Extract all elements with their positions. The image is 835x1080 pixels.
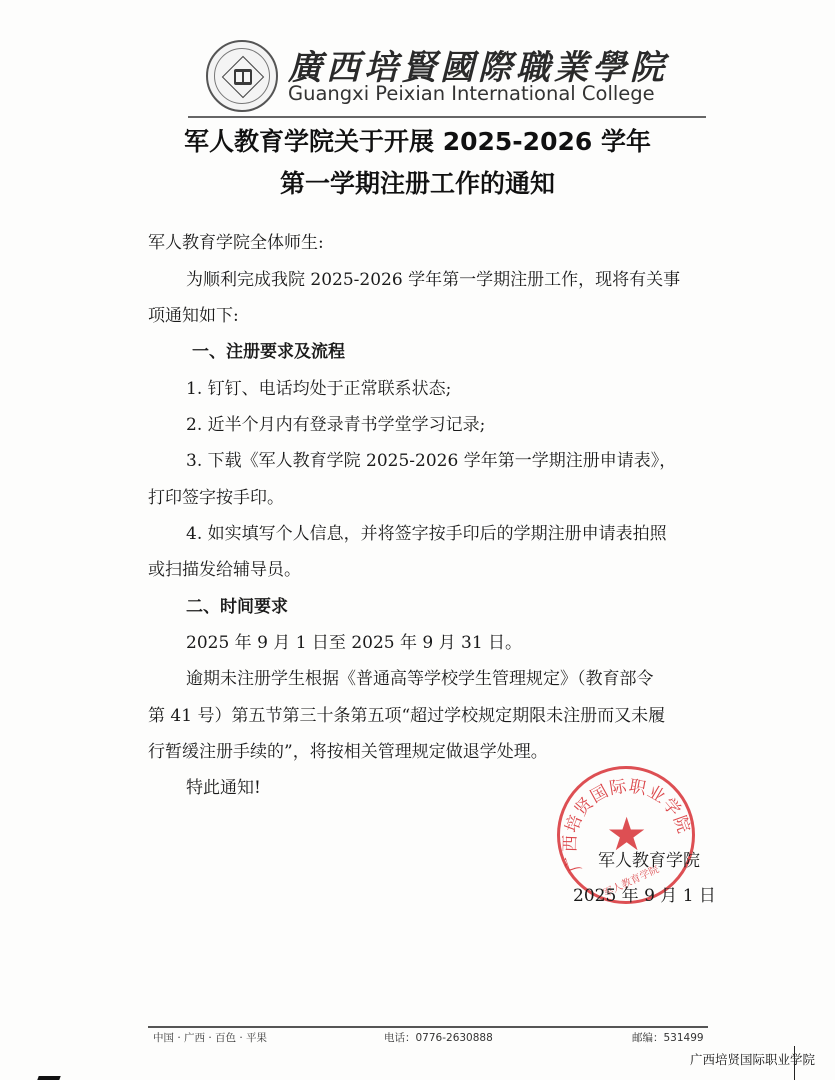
college-emblem-icon bbox=[206, 40, 278, 112]
text-cursor bbox=[794, 1046, 795, 1080]
salutation: 军人教育学院全体师生: bbox=[148, 225, 324, 261]
book-icon bbox=[234, 69, 252, 85]
section1-heading: 一、注册要求及流程 bbox=[192, 334, 345, 370]
header-divider bbox=[188, 116, 706, 118]
penalty-line-3: 行暂缓注册手续的”，将按相关管理规定做退学处理。 bbox=[148, 734, 548, 770]
intro-line-2: 项通知如下: bbox=[148, 298, 239, 334]
signature-org: 军人教育学院 bbox=[598, 846, 700, 871]
notice-title-line2: 第一学期注册工作的通知 bbox=[0, 164, 835, 200]
requirement-item-4-line-1: 4. 如实填写个人信息，并将签字按手印后的学期注册申请表拍照 bbox=[186, 516, 667, 552]
requirement-item-3-line-2: 打印签字按手印。 bbox=[148, 480, 284, 516]
letterhead: 廣西培賢國際職業學院 Guangxi Peixian International… bbox=[200, 38, 650, 116]
footer-phone: 电话：0776-2630888 bbox=[384, 1030, 493, 1045]
college-name-en: Guangxi Peixian International College bbox=[288, 82, 655, 105]
scan-artifact bbox=[37, 1076, 60, 1080]
footer-postcode: 邮编：531499 bbox=[632, 1030, 704, 1045]
signature-date: 2025 年 9 月 1 日 bbox=[573, 881, 716, 906]
notice-title-line1: 军人教育学院关于开展 2025-2026 学年 bbox=[0, 122, 835, 158]
requirement-item-4-line-2: 或扫描发给辅导员。 bbox=[148, 552, 301, 588]
time-range: 2025 年 9 月 1 日至 2025 年 9 月 31 日。 bbox=[186, 625, 522, 661]
penalty-line-1: 逾期未注册学生根据《普通高等学校学生管理规定》（教育部令 bbox=[186, 661, 654, 697]
requirement-item-1: 1. 钉钉、电话均处于正常联系状态; bbox=[186, 371, 451, 407]
source-watermark: 广西培贤国际职业学院 bbox=[690, 1050, 815, 1068]
intro-line-1: 为顺利完成我院 2025-2026 学年第一学期注册工作，现将有关事 bbox=[186, 262, 680, 298]
footer-divider bbox=[148, 1026, 708, 1028]
requirement-item-3-line-1: 3. 下载《军人教育学院 2025-2026 学年第一学期注册申请表》， bbox=[186, 443, 676, 479]
penalty-line-2: 第 41 号）第五节第三十条第五项“超过学校规定期限未注册而又未履 bbox=[148, 698, 665, 734]
closing-line: 特此通知! bbox=[186, 770, 261, 806]
section2-heading: 二、时间要求 bbox=[186, 589, 288, 625]
requirement-item-2: 2. 近半个月内有登录青书学堂学习记录; bbox=[186, 407, 485, 443]
footer-address: 中国 · 广西 · 百色 · 平果 bbox=[153, 1030, 267, 1045]
notice-document: 廣西培賢國際職業學院 Guangxi Peixian International… bbox=[0, 0, 835, 1080]
